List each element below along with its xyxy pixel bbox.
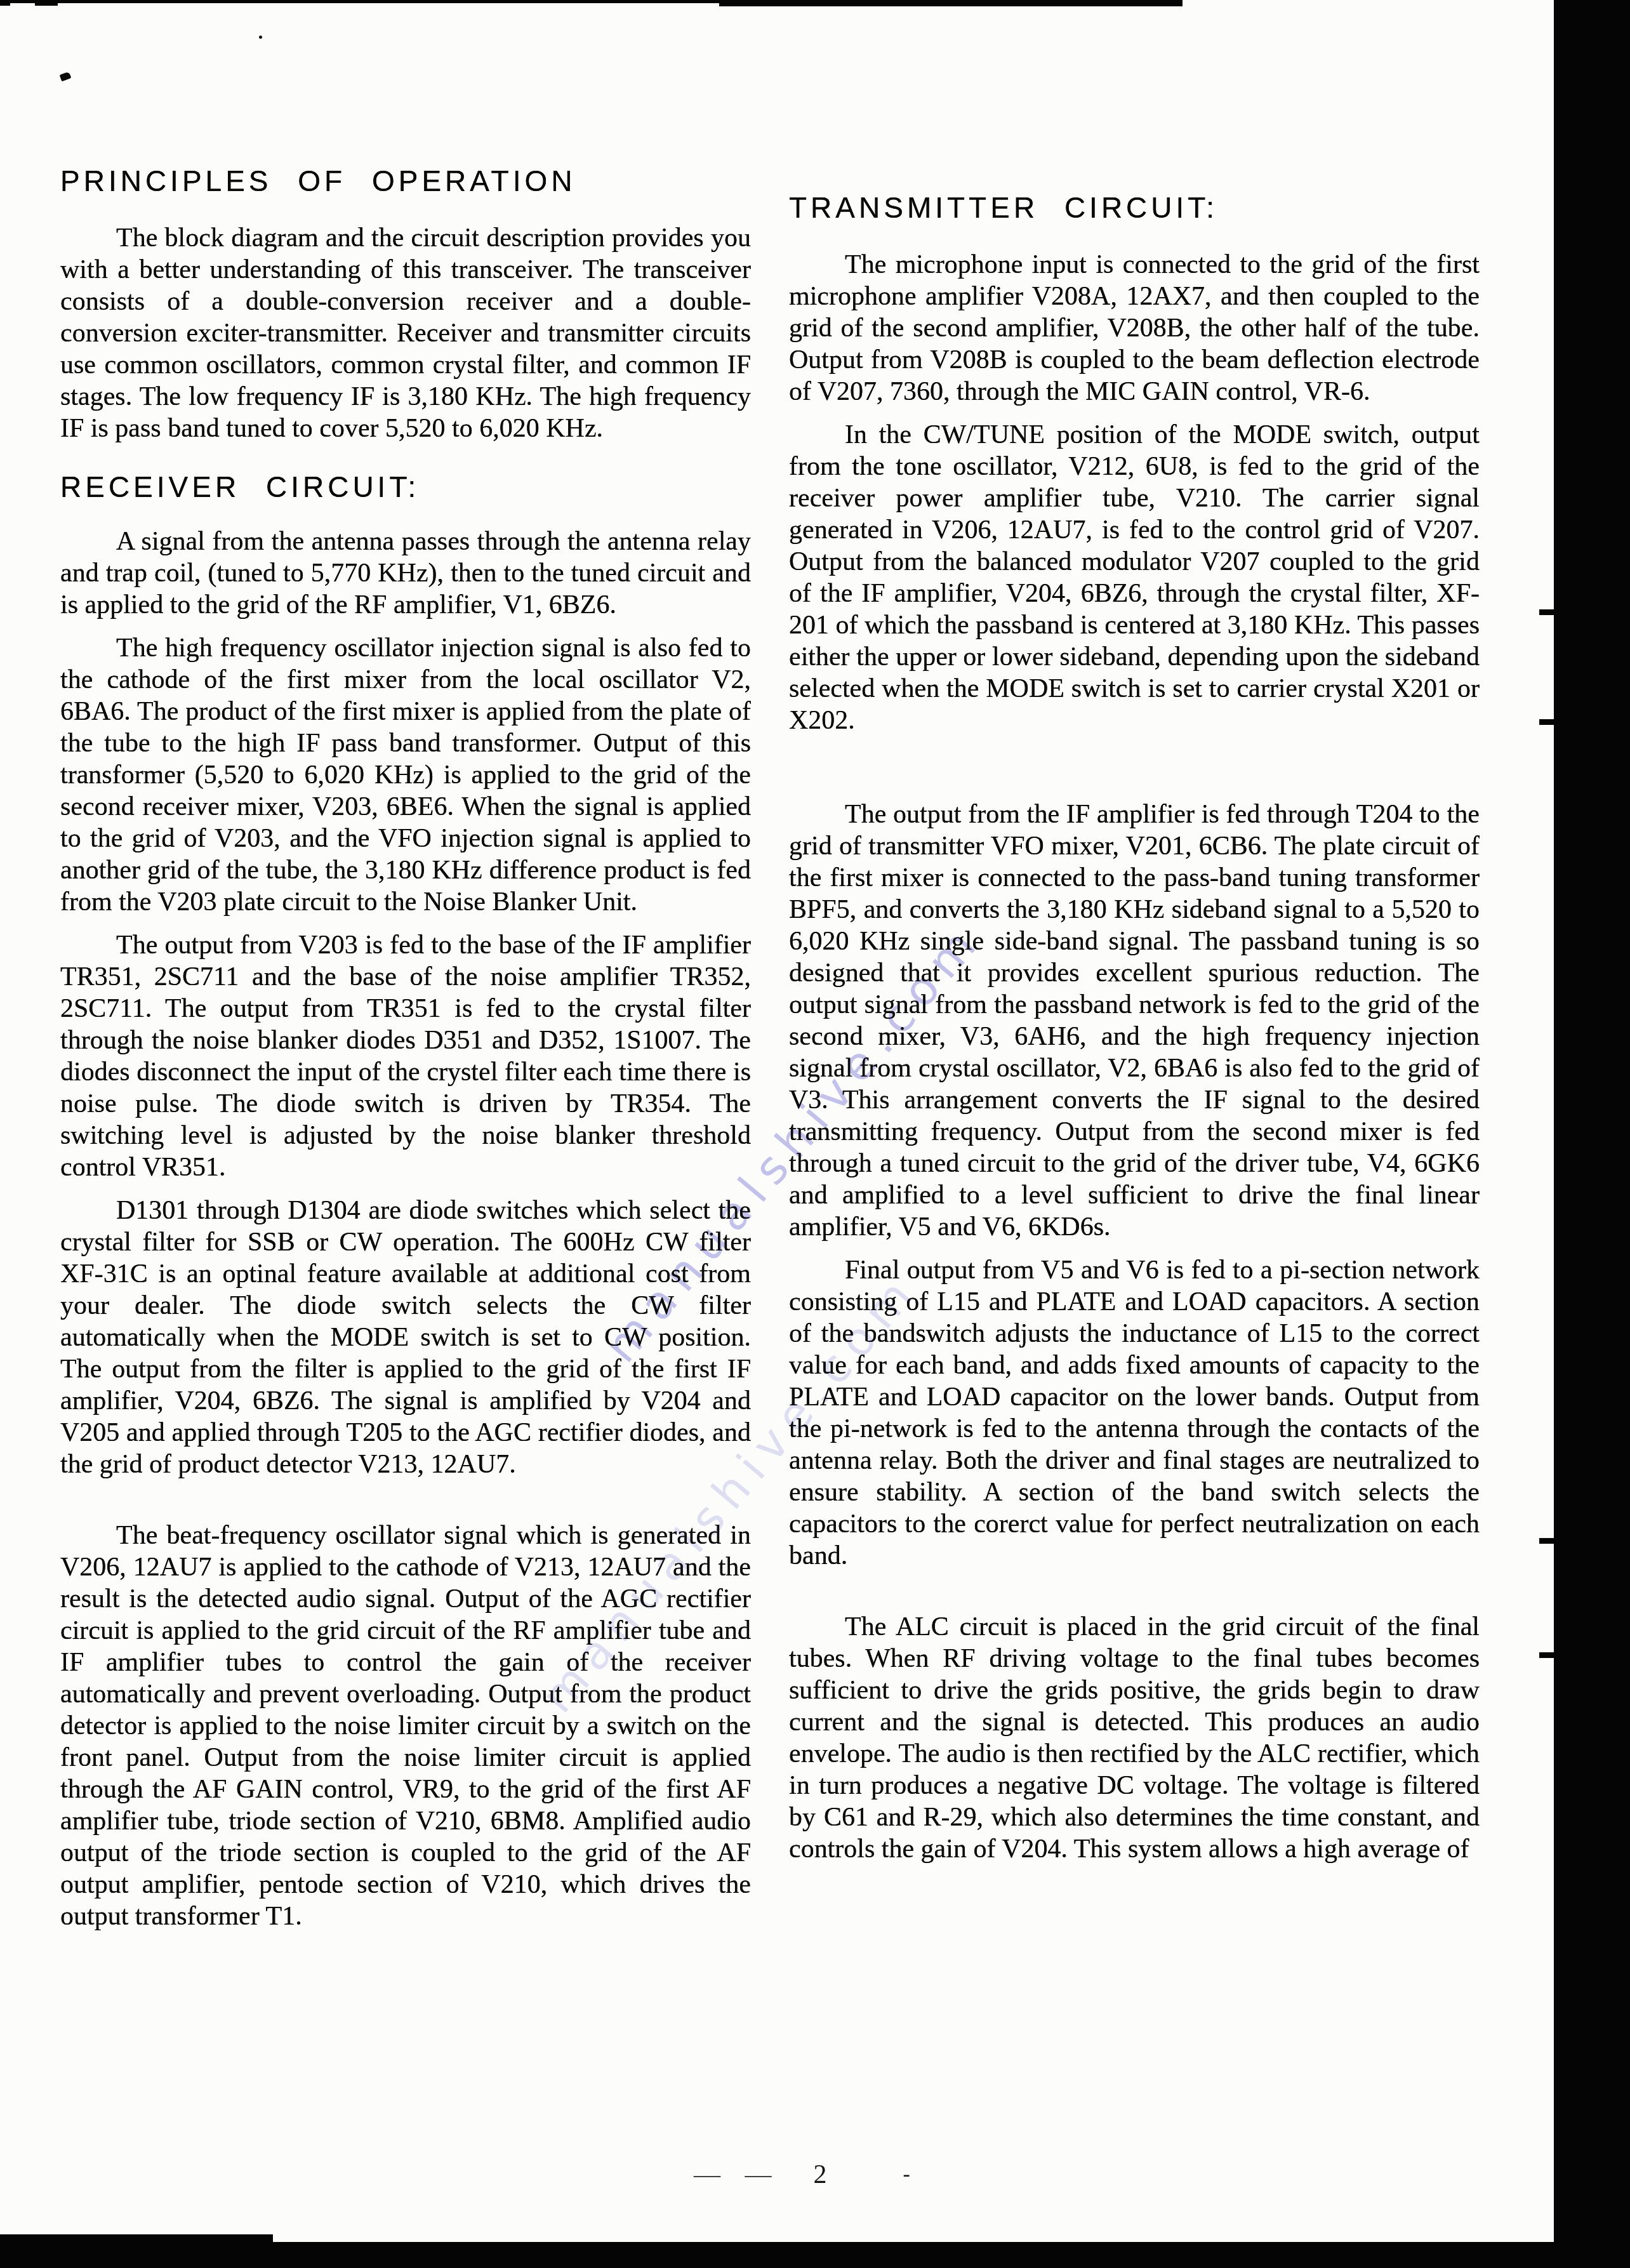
- intro-paragraph: The block diagram and the circuit descri…: [60, 222, 751, 444]
- left-column: PRINCIPLES OF OPERATION The block diagra…: [60, 164, 751, 1944]
- scan-artifact-corner-mark: [0, 0, 10, 6]
- receiver-paragraph: A signal from the antenna passes through…: [60, 526, 751, 621]
- transmitter-circuit-heading: TRANSMITTER CIRCUIT:: [789, 190, 1480, 225]
- scan-artifact-tick: [1539, 719, 1556, 725]
- receiver-paragraph: The high frequency oscillator injection …: [60, 632, 751, 918]
- right-column: TRANSMITTER CIRCUIT: The microphone inpu…: [789, 190, 1480, 1876]
- scan-artifact-top-line: [0, 0, 720, 3]
- scan-artifact-top-bar: [719, 0, 1183, 6]
- scan-artifact-tick: [1539, 609, 1556, 615]
- scan-artifact-speck: [259, 36, 262, 39]
- manual-scan-page: manualshive.com manualshive.com PRINCIPL…: [0, 0, 1630, 2268]
- page-footer: — — 2 -: [694, 2159, 910, 2190]
- receiver-circuit-heading: RECEIVER CIRCUIT:: [60, 470, 751, 504]
- scan-artifact-corner-mark: [35, 0, 58, 6]
- page-number: 2: [814, 2159, 827, 2190]
- scan-artifact-right-band: [1554, 0, 1630, 2268]
- footer-dashes: — —: [694, 2159, 781, 2190]
- transmitter-paragraph: The microphone input is connected to the…: [789, 249, 1480, 408]
- scan-artifact-tick: [1539, 1538, 1556, 1544]
- scan-artifact-bottom-band: [0, 2242, 1630, 2268]
- footer-trailing-dash: -: [903, 2163, 910, 2187]
- principles-of-operation-heading: PRINCIPLES OF OPERATION: [60, 164, 751, 198]
- receiver-paragraph: The output from V203 is fed to the base …: [60, 929, 751, 1183]
- receiver-paragraph: The beat-frequency oscillator signal whi…: [60, 1520, 751, 1932]
- transmitter-paragraph: In the CW/TUNE position of the MODE swit…: [789, 419, 1480, 736]
- transmitter-paragraph: The ALC circuit is placed in the grid ci…: [789, 1611, 1480, 1865]
- receiver-paragraph: D1301 through D1304 are diode switches w…: [60, 1195, 751, 1480]
- scan-artifact-speck: [60, 72, 72, 82]
- transmitter-paragraph: The output from the IF amplifier is fed …: [789, 799, 1480, 1243]
- transmitter-paragraph: Final output from V5 and V6 is fed to a …: [789, 1254, 1480, 1572]
- scan-artifact-tick: [1539, 1652, 1556, 1658]
